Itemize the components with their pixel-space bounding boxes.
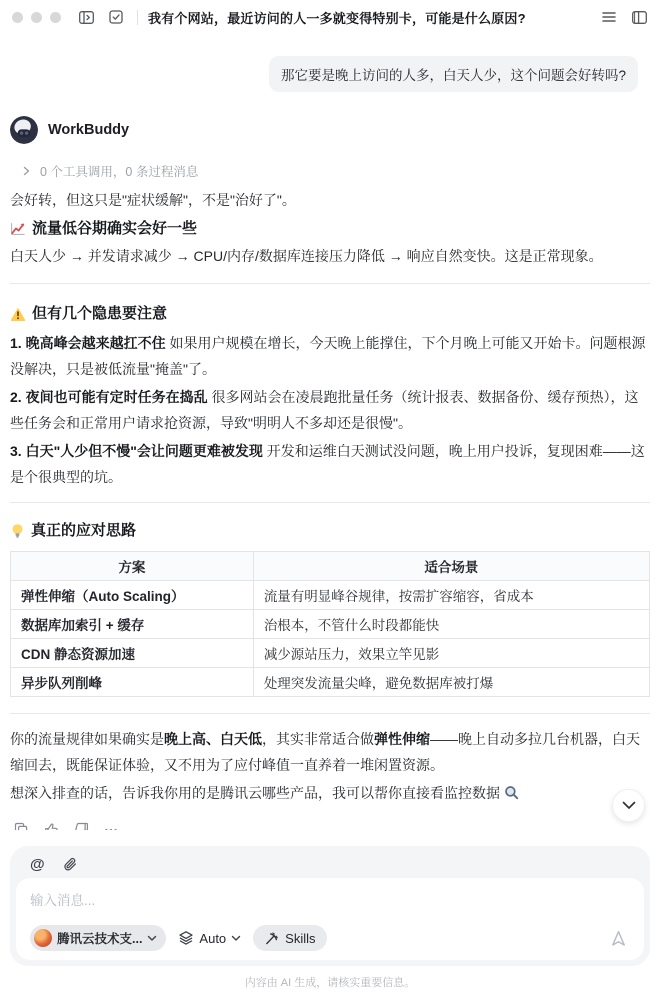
send-button[interactable]	[609, 929, 630, 948]
closing-paragraph: 你的流量规律如果确实是晚上高、白天低，其实非常适合做弹性伸缩——晚上自动多拉几台…	[10, 726, 650, 778]
scroll-to-bottom-button[interactable]	[612, 789, 645, 822]
divider	[10, 283, 650, 284]
section1-body: 白天人少 → 并发请求减少 → CPU/内存/数据库连接压力降低 → 响应自然变…	[10, 243, 650, 269]
chevron-down-icon	[231, 935, 241, 942]
table-header-scene: 适合场景	[253, 552, 649, 581]
message-action-bar	[10, 820, 650, 830]
tool-calls-summary-label: 0 个工具调用，0 条过程消息	[40, 162, 198, 180]
section-title-text: 真正的应对思路	[31, 519, 136, 543]
section-title-traffic: 流量低谷期确实会好一些	[10, 217, 650, 241]
paperclip-icon	[61, 856, 78, 873]
table-row: 异步队列削峰 处理突发流量尖峰，避免数据库被打爆	[11, 668, 650, 697]
closing-paragraph-2: 想深入排查的话，告诉我你用的是腾讯云哪些产品，我可以帮你直接看监控数据	[10, 780, 650, 808]
divider	[10, 713, 650, 714]
section-title-hazards: 但有几个隐患要注意	[10, 302, 650, 326]
attach-button[interactable]	[61, 856, 78, 873]
solutions-table: 方案 适合场景 弹性伸缩（Auto Scaling） 流量有明显峰谷规律，按需扩…	[10, 551, 650, 697]
closing-text: 你的流量规律如果确实是	[10, 731, 164, 747]
message-input[interactable]	[30, 889, 630, 909]
hazard-item-bold: 1. 晚高峰会越来越扛不住	[10, 335, 166, 351]
table-row: 弹性伸缩（Auto Scaling） 流量有明显峰谷规律，按需扩容缩容，省成本	[11, 581, 650, 610]
sidebar-toggle-icon[interactable]	[77, 8, 95, 26]
menu-icon[interactable]	[600, 8, 618, 26]
hazard-item: 2. 夜间也可能有定时任务在捣乱 很多网站会在凌晨跑批量任务（统计报表、数据备份…	[10, 384, 650, 436]
traffic-light-close[interactable]	[12, 12, 23, 23]
magnifier-icon	[504, 782, 519, 808]
agent-selector-label: 腾讯云技术支...	[57, 929, 142, 947]
assistant-name: WorkBuddy	[48, 122, 129, 138]
panel-toggle-icon[interactable]	[630, 8, 648, 26]
traffic-light-zoom[interactable]	[50, 12, 61, 23]
composer: @ 腾讯云技术支... Auto	[10, 846, 650, 966]
user-message-row: 那它要是晚上访问的人多，白天人少，这个问题会好转吗?	[10, 56, 638, 92]
model-mode-selector[interactable]: Auto	[178, 930, 241, 946]
mention-button[interactable]: @	[30, 856, 45, 873]
assistant-avatar	[10, 116, 38, 144]
composer-input-box: 腾讯云技术支... Auto Skills	[16, 878, 644, 960]
closing-bold: 弹性伸缩	[374, 731, 430, 747]
scene-cell: 流量有明显峰谷规律，按需扩容缩容，省成本	[253, 581, 649, 610]
copy-button[interactable]	[12, 820, 30, 830]
composer-controls: 腾讯云技术支... Auto Skills	[30, 925, 630, 951]
user-message-bubble: 那它要是晚上访问的人多，白天人少，这个问题会好转吗?	[269, 56, 638, 92]
agent-avatar	[34, 929, 52, 947]
mode-label: Auto	[199, 931, 226, 946]
closing-text: ，其实非常适合做	[262, 731, 374, 747]
skills-label: Skills	[285, 931, 315, 946]
hazard-item: 3. 白天"人少但不慢"会让问题更难被发现 开发和运维白天测试没问题，晚上用户投…	[10, 438, 650, 490]
traffic-lights	[12, 12, 61, 23]
section-title-solutions: 真正的应对思路	[10, 519, 650, 543]
agent-selector[interactable]: 腾讯云技术支...	[30, 925, 166, 951]
window-titlebar: 我有个网站，最近访问的人一多就变得特别卡，可能是什么原因?	[0, 0, 660, 34]
plan-cell: CDN 静态资源加速	[11, 639, 254, 668]
traffic-light-minimize[interactable]	[31, 12, 42, 23]
scene-cell: 处理突发流量尖峰，避免数据库被打爆	[253, 668, 649, 697]
skills-button[interactable]: Skills	[253, 925, 326, 951]
plan-cell: 异步队列削峰	[11, 668, 254, 697]
thumbs-down-button[interactable]	[72, 820, 90, 830]
hazard-item: 1. 晚高峰会越来越扛不住 如果用户规模在增长，今天晚上能撑住，下个月晚上可能又…	[10, 330, 650, 382]
table-header-row: 方案 适合场景	[11, 552, 650, 581]
warning-icon	[10, 306, 26, 322]
send-icon	[609, 929, 628, 948]
section-title-text: 流量低谷期确实会好一些	[32, 217, 197, 241]
table-row: CDN 静态资源加速 减少源站压力，效果立竿见影	[11, 639, 650, 668]
more-button[interactable]	[102, 820, 120, 830]
plan-cell: 数据库加索引 + 缓存	[11, 610, 254, 639]
chart-increasing-icon	[10, 221, 26, 237]
assistant-header: WorkBuddy	[10, 116, 650, 144]
layers-icon	[178, 930, 194, 946]
tasks-icon[interactable]	[107, 8, 125, 26]
composer-toolbar: @	[16, 852, 644, 878]
titlebar-separator	[137, 10, 138, 25]
closing-text: 想深入排查的话，告诉我你用的是腾讯云哪些产品，我可以帮你直接看监控数据	[10, 785, 504, 801]
scene-cell: 治根本，不管什么时段都能快	[253, 610, 649, 639]
table-row: 数据库加索引 + 缓存 治根本，不管什么时段都能快	[11, 610, 650, 639]
scene-cell: 减少源站压力，效果立竿见影	[253, 639, 649, 668]
divider	[10, 502, 650, 503]
hazard-item-bold: 2. 夜间也可能有定时任务在捣乱	[10, 389, 208, 405]
table-header-plan: 方案	[11, 552, 254, 581]
section-title-text: 但有几个隐患要注意	[32, 302, 167, 326]
chevron-down-icon	[622, 801, 636, 810]
assistant-intro-text: 会好转，但这只是"症状缓解"，不是"治好了"。	[10, 187, 650, 213]
chevron-right-icon	[22, 166, 31, 176]
chevron-down-icon	[147, 935, 157, 942]
ai-disclaimer: 内容由 AI 生成，请核实重要信息。	[0, 974, 660, 990]
conversation-title: 我有个网站，最近访问的人一多就变得特别卡，可能是什么原因?	[148, 8, 526, 27]
hazard-item-bold: 3. 白天"人少但不慢"会让问题更难被发现	[10, 443, 263, 459]
closing-bold: 晚上高、白天低	[164, 731, 262, 747]
plan-cell: 弹性伸缩（Auto Scaling）	[11, 581, 254, 610]
at-icon: @	[30, 856, 45, 873]
thumbs-up-button[interactable]	[42, 820, 60, 830]
light-bulb-icon	[10, 523, 25, 539]
pickaxe-icon	[264, 931, 279, 946]
chat-area: 那它要是晚上访问的人多，白天人少，这个问题会好转吗? WorkBuddy 0 个…	[0, 34, 660, 830]
tool-calls-summary[interactable]: 0 个工具调用，0 条过程消息	[22, 162, 650, 180]
